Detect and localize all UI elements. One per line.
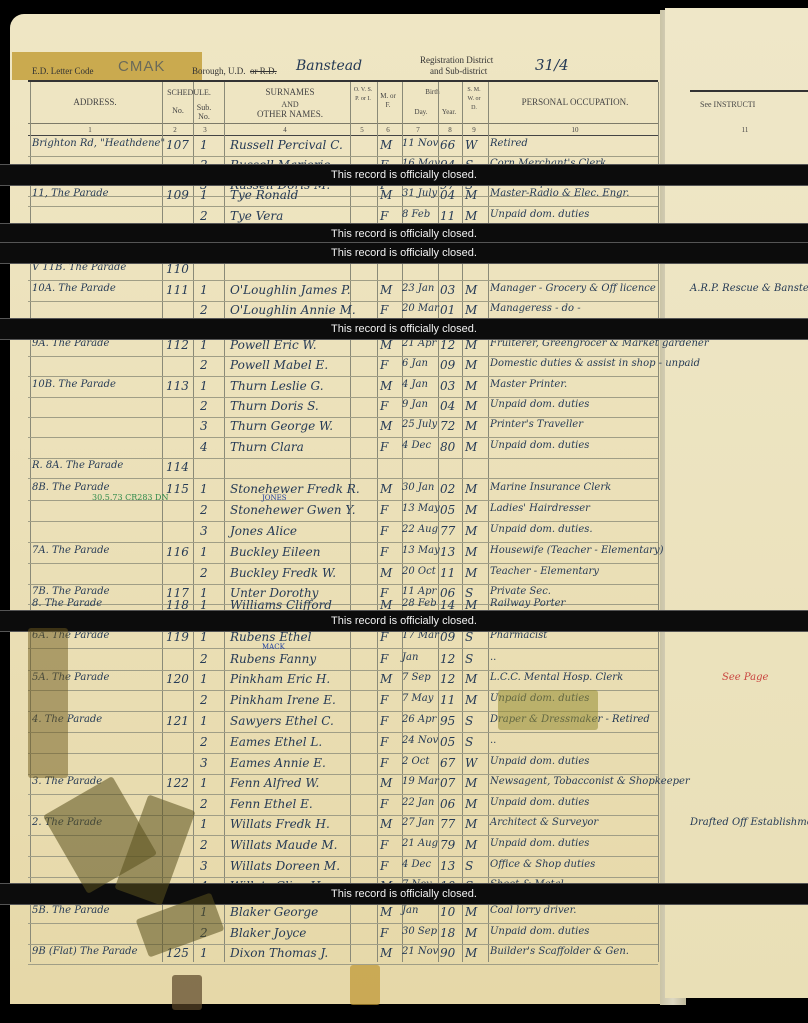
birth-day: 28 Feb: [402, 598, 437, 609]
occupation-cell: Private Sec.: [490, 586, 551, 597]
occupation-cell: Ladies' Hairdresser: [490, 503, 590, 514]
occupation-cell: Unpaid dom. duties: [490, 209, 589, 220]
birth-day: 21 Nov: [402, 946, 438, 957]
birth-day: Jan: [402, 652, 418, 663]
column-number: 5: [354, 126, 370, 135]
birth-year: 03: [440, 283, 455, 297]
birth-year: 77: [440, 524, 455, 538]
borough-value: Banstead: [296, 58, 362, 74]
name-cell: Thurn George W.: [230, 419, 333, 433]
sub-no: 1: [200, 338, 208, 352]
sex-cell: F: [380, 756, 388, 770]
column-divider: [350, 82, 351, 962]
address-cell: 8. The Parade: [32, 598, 102, 609]
birth-day: 30 Jan: [402, 482, 434, 493]
address-cell: Brighton Rd, "Heathdene": [32, 138, 165, 149]
col-surnames-3: OTHER NAMES.: [225, 110, 355, 119]
sub-no: 2: [200, 399, 208, 413]
name-cell: Rubens Ethel: [230, 630, 312, 644]
tape-stain: [350, 965, 380, 1005]
birth-day: 24 Nov: [402, 735, 438, 746]
marital-status: M: [465, 303, 477, 317]
occupation-cell: Unpaid dom. duties: [490, 440, 589, 451]
birth-day: 9 Jan: [402, 399, 428, 410]
marital-status: M: [465, 358, 477, 372]
sub-no: 3: [200, 859, 208, 873]
column-number: 3: [197, 126, 213, 135]
row-rule: [28, 648, 658, 649]
birth-year: 13: [440, 859, 455, 873]
closed-record-banner: This record is officially closed.: [0, 164, 808, 186]
row-rule: [28, 280, 658, 281]
column-number: 1: [82, 126, 98, 135]
birth-day: 21 Aug: [402, 838, 438, 849]
marital-status: M: [465, 209, 477, 223]
birth-year: 04: [440, 399, 455, 413]
sex-cell: F: [380, 926, 388, 940]
marital-status: M: [465, 399, 477, 413]
sex-cell: F: [380, 652, 388, 666]
sub-no: 1: [200, 672, 208, 686]
column-number: 8: [442, 126, 458, 135]
row-rule: [28, 417, 658, 418]
birth-day: 20 Oct: [402, 566, 436, 577]
column-number: 2: [167, 126, 183, 135]
marital-status: S: [465, 630, 473, 644]
birth-year: 79: [440, 838, 455, 852]
birth-year: 02: [440, 482, 455, 496]
occupation-cell: Newsagent, Tobacconist & Shopkeeper: [490, 776, 690, 787]
col-instructions: See INSTRUCTI: [700, 100, 808, 109]
marital-status: M: [465, 440, 477, 454]
occupation-cell: Unpaid dom. duties: [490, 756, 589, 767]
name-cell: Thurn Clara: [230, 440, 304, 454]
address-cell: 7A. The Parade: [32, 545, 109, 556]
address-cell: 8B. The Parade: [32, 482, 110, 493]
marital-status: M: [465, 946, 477, 960]
birth-day: 31 July: [402, 188, 437, 199]
birth-day: 6 Jan: [402, 358, 428, 369]
birth-year: 03: [440, 379, 455, 393]
schedule-no: 110: [166, 262, 189, 276]
sex-cell: F: [380, 797, 388, 811]
name-cell: Thurn Leslie G.: [230, 379, 324, 393]
row-rule: [28, 521, 658, 522]
birth-day: 22 Aug: [402, 524, 438, 535]
sex-cell: F: [380, 714, 388, 728]
occupation-cell: Unpaid dom. duties: [490, 926, 589, 937]
marital-status: M: [465, 379, 477, 393]
column-divider: [438, 82, 439, 962]
sex-cell: M: [380, 482, 392, 496]
sub-no: 1: [200, 482, 208, 496]
row-rule: [28, 397, 658, 398]
sex-cell: M: [380, 379, 392, 393]
address-cell: 9B (Flat) The Parade: [32, 946, 138, 957]
sex-cell: M: [380, 138, 392, 152]
birth-day: 26 Apr: [402, 714, 436, 725]
name-cell: Stonehewer Fredk R.: [230, 482, 360, 496]
sub-no: 1: [200, 188, 208, 202]
schedule-no: 119: [166, 630, 189, 644]
birth-day: 25 July: [402, 419, 437, 430]
occupation-cell: Office & Shop duties: [490, 859, 595, 870]
sex-cell: F: [380, 838, 388, 852]
occupation-cell: Railway Porter: [490, 598, 565, 609]
sub-no: 4: [200, 440, 208, 454]
birth-year: 04: [440, 188, 455, 202]
name-cell: Willats Fredk H.: [230, 817, 330, 831]
column-divider: [193, 82, 194, 962]
address-cell: 11, The Parade: [32, 188, 109, 199]
occupation-cell: L.C.C. Mental Hosp. Clerk: [490, 672, 623, 683]
name-cell: Buckley Fredk W.: [230, 566, 336, 580]
closed-record-banner: This record is officially closed.: [0, 318, 808, 340]
marital-status: M: [465, 926, 477, 940]
schedule-no: 111: [166, 283, 189, 297]
col-no: No.: [163, 106, 193, 115]
marital-status: M: [465, 672, 477, 686]
correction-note: MACK: [262, 643, 285, 651]
address-cell: 7B. The Parade: [32, 586, 110, 597]
borough-label: Borough, U.D.: [192, 66, 246, 76]
schedule-no: 116: [166, 545, 189, 559]
birth-year: 09: [440, 358, 455, 372]
birth-year: 95: [440, 714, 455, 728]
birth-year: 12: [440, 672, 455, 686]
marital-status: M: [465, 838, 477, 852]
sub-no: 3: [200, 419, 208, 433]
schedule-no: 115: [166, 482, 189, 496]
marital-status: M: [465, 283, 477, 297]
birth-year: 09: [440, 630, 455, 644]
address-cell: 10B. The Parade: [32, 379, 116, 390]
sex-cell: F: [380, 693, 388, 707]
birth-year: 72: [440, 419, 455, 433]
sex-cell: M: [380, 672, 392, 686]
remark-cell: Drafted Off Establishment: [690, 817, 808, 828]
row-rule: [28, 670, 658, 671]
birth-year: 12: [440, 652, 455, 666]
marital-status: M: [465, 482, 477, 496]
name-cell: Fenn Ethel E.: [230, 797, 313, 811]
col-ovspl: O. V. S. P. or I.: [352, 86, 374, 104]
column-divider: [462, 82, 463, 962]
column-number: 10: [567, 126, 583, 135]
birth-day: 13 May: [402, 503, 440, 514]
row-rule: [28, 356, 658, 357]
schedule-no: 107: [166, 138, 189, 152]
row-rule: [28, 753, 658, 754]
sex-cell: F: [380, 735, 388, 749]
col-smwd: S. M. W. or D.: [464, 86, 484, 113]
sex-cell: M: [380, 338, 392, 352]
birth-day: 11 Nov: [402, 138, 438, 149]
sex-cell: M: [380, 566, 392, 580]
sub-no: 2: [200, 838, 208, 852]
occupation-cell: Unpaid dom. duties: [490, 399, 589, 410]
name-cell: Blaker Joyce: [230, 926, 306, 940]
birth-day: 4 Dec: [402, 859, 431, 870]
name-cell: Powell Eric W.: [230, 338, 317, 352]
birth-year: 67: [440, 756, 455, 770]
occupation-cell: Coal lorry driver.: [490, 905, 576, 916]
address-cell: R. 8A. The Parade: [32, 460, 123, 471]
marital-status: W: [465, 756, 477, 770]
marital-status: M: [465, 545, 477, 559]
col-sub-no: Sub. No.: [194, 103, 214, 121]
birth-day: 22 Jan: [402, 797, 434, 808]
birth-day: 13 May: [402, 545, 440, 556]
occupation-cell: Unpaid dom. duties.: [490, 524, 593, 535]
birth-year: 05: [440, 735, 455, 749]
occupation-cell: Architect & Surveyor: [490, 817, 598, 828]
address-cell: 10A. The Parade: [32, 283, 116, 294]
row-rule: [28, 774, 658, 775]
occupation-cell: Unpaid dom. duties: [490, 797, 589, 808]
schedule-no: 113: [166, 379, 189, 393]
occupation-cell: Retired: [490, 138, 528, 149]
sex-cell: F: [380, 358, 388, 372]
col-occupation: PERSONAL OCCUPATION.: [495, 98, 655, 107]
sub-no: 2: [200, 209, 208, 223]
row-rule: [28, 944, 658, 945]
archive-annotation: 30.5.73 CR283 DN: [92, 493, 168, 502]
birth-day: 2 Oct: [402, 756, 429, 767]
column-number: 6: [380, 126, 396, 135]
header-bottom-rule: [28, 123, 658, 124]
reg-district-label-2: and Sub-district: [430, 66, 487, 76]
sex-cell: M: [380, 188, 392, 202]
row-rule: [28, 542, 658, 543]
birth-year: 18: [440, 926, 455, 940]
sex-cell: F: [380, 440, 388, 454]
column-divider: [658, 82, 659, 962]
marital-status: M: [465, 188, 477, 202]
row-rule: [28, 923, 658, 924]
name-cell: Jones Alice: [230, 524, 297, 538]
numbers-rule: [28, 135, 658, 136]
col-sex: M. or F.: [378, 92, 398, 110]
row-rule: [28, 458, 658, 459]
row-rule: [28, 478, 658, 479]
schedule-no: 109: [166, 188, 189, 202]
birth-day: 30 Sep: [402, 926, 437, 937]
sex-cell: M: [380, 283, 392, 297]
sex-cell: M: [380, 776, 392, 790]
row-rule: [28, 156, 658, 157]
marital-status: S: [465, 735, 473, 749]
birth-year: 10: [440, 905, 455, 919]
birth-year: 13: [440, 545, 455, 559]
col-surnames-2: AND: [225, 100, 355, 109]
occupation-cell: Master-Radio & Elec. Engr.: [490, 188, 629, 199]
marital-status: S: [465, 859, 473, 873]
sub-no: 2: [200, 358, 208, 372]
schedule-no: 114: [166, 460, 189, 474]
row-rule: [28, 732, 658, 733]
name-cell: Tye Ronald: [230, 188, 298, 202]
marital-status: M: [465, 566, 477, 580]
birth-day: 23 Jan: [402, 283, 434, 294]
sex-cell: F: [380, 524, 388, 538]
facing-page: [665, 8, 808, 998]
birth-year: 07: [440, 776, 455, 790]
sex-cell: M: [380, 905, 392, 919]
sub-no: 1: [200, 946, 208, 960]
address-cell: 5B. The Parade: [32, 905, 110, 916]
ed-letter-code: CMAK: [118, 58, 165, 75]
sex-cell: F: [380, 399, 388, 413]
sub-no: 1: [200, 630, 208, 644]
birth-year: 11: [440, 693, 455, 707]
birth-year: 05: [440, 503, 455, 517]
row-rule: [28, 376, 658, 377]
birth-day: 4 Jan: [402, 379, 428, 390]
name-cell: Blaker George: [230, 905, 318, 919]
reg-district-value: 31/4: [535, 56, 569, 74]
closed-record-banner: This record is officially closed.: [0, 610, 808, 632]
column-number: 9: [466, 126, 482, 135]
marital-status: M: [465, 776, 477, 790]
schedule-no: 120: [166, 672, 189, 686]
name-cell: O'Loughlin James P.: [230, 283, 351, 297]
col-year: Year.: [438, 108, 460, 117]
col-day: Day.: [405, 108, 437, 117]
ed-letter-code-label: E.D. Letter Code: [32, 66, 93, 76]
occupation-cell: Master Printer.: [490, 379, 567, 390]
sub-no: 1: [200, 817, 208, 831]
birth-day: 8 Feb: [402, 209, 430, 220]
name-cell: Thurn Doris S.: [230, 399, 319, 413]
sub-no: 3: [200, 524, 208, 538]
sub-no: 2: [200, 566, 208, 580]
tape-stain: [498, 690, 598, 730]
occupation-cell: Manageress - do -: [490, 303, 581, 314]
marital-status: M: [465, 524, 477, 538]
occupation-cell: Domestic duties & assist in shop - unpai…: [490, 358, 700, 369]
occupation-cell: Builder's Scaffolder & Gen.: [490, 946, 629, 957]
closed-record-banner: This record is officially closed.: [0, 242, 808, 264]
schedule-no: 112: [166, 338, 189, 352]
birth-year: 12: [440, 338, 455, 352]
sub-no: 2: [200, 735, 208, 749]
name-cell: Rubens Fanny: [230, 652, 316, 666]
name-cell: Eames Ethel L.: [230, 735, 322, 749]
marital-status: W: [465, 138, 477, 152]
row-rule: [28, 301, 658, 302]
col-surnames-1: SURNAMES: [225, 88, 355, 97]
sub-no: 1: [200, 138, 208, 152]
sex-cell: M: [380, 817, 392, 831]
header-rule-right: [690, 90, 808, 92]
name-cell: Powell Mabel E.: [230, 358, 328, 372]
name-cell: Pinkham Eric H.: [230, 672, 330, 686]
sub-no: 2: [200, 303, 208, 317]
sub-no: 1: [200, 714, 208, 728]
sex-cell: F: [380, 503, 388, 517]
row-rule: [28, 563, 658, 564]
birth-year: 66: [440, 138, 455, 152]
birth-day: Jan: [402, 905, 418, 916]
marital-status: M: [465, 338, 477, 352]
sub-no: 3: [200, 756, 208, 770]
sex-cell: M: [380, 419, 392, 433]
sub-no: 1: [200, 545, 208, 559]
occupation-cell: ..: [490, 735, 496, 746]
birth-year: 80: [440, 440, 455, 454]
sex-cell: M: [380, 946, 392, 960]
borough-struck: or R.D.: [250, 66, 277, 76]
header-rule: [28, 80, 658, 82]
marital-status: S: [465, 714, 473, 728]
birth-day: 11 Apr: [402, 586, 436, 597]
column-number: 4: [277, 126, 293, 135]
row-rule: [28, 206, 658, 207]
row-rule: [28, 437, 658, 438]
col-address: ADDRESS.: [45, 98, 145, 107]
sex-cell: F: [380, 303, 388, 317]
sex-cell: F: [380, 209, 388, 223]
birth-day: 20 Mar: [402, 303, 439, 314]
name-cell: Dixon Thomas J.: [230, 946, 328, 960]
sub-no: 2: [200, 652, 208, 666]
schedule-no: 121: [166, 714, 189, 728]
correction-note: JONES: [262, 494, 287, 502]
name-cell: O'Loughlin Annie M.: [230, 303, 356, 317]
marital-status: M: [465, 419, 477, 433]
marital-status: M: [465, 797, 477, 811]
col-birth: Birth: [405, 88, 460, 97]
occupation-cell: ..: [490, 652, 496, 663]
occupation-cell: Printer's Traveller: [490, 419, 583, 430]
marital-status: M: [465, 503, 477, 517]
occupation-cell: Manager - Grocery & Off licence: [490, 283, 656, 294]
column-divider: [224, 82, 225, 962]
name-cell: Buckley Eileen: [230, 545, 320, 559]
column-divider: [377, 82, 378, 962]
birth-day: 19 Mar: [402, 776, 439, 787]
birth-year: 11: [440, 566, 455, 580]
sub-no: 2: [200, 797, 208, 811]
occupation-cell: Marine Insurance Clerk: [490, 482, 611, 493]
name-cell: Fenn Alfred W.: [230, 776, 319, 790]
sub-no: 1: [200, 379, 208, 393]
name-cell: Russell Percival C.: [230, 138, 343, 152]
occupation-cell: Teacher - Elementary: [490, 566, 599, 577]
name-cell: Eames Annie E.: [230, 756, 326, 770]
marital-status: M: [465, 905, 477, 919]
name-cell: Sawyers Ethel C.: [230, 714, 334, 728]
row-rule: [28, 584, 658, 585]
sub-no: 2: [200, 693, 208, 707]
tape-stain: [28, 628, 68, 778]
marital-status: M: [465, 817, 477, 831]
marital-status: M: [465, 693, 477, 707]
tape-stain: [172, 975, 202, 1010]
birth-year: 90: [440, 946, 455, 960]
birth-day: 7 May: [402, 693, 433, 704]
sex-cell: F: [380, 545, 388, 559]
name-cell: Pinkham Irene E.: [230, 693, 336, 707]
col-schedule: SCHEDULE.: [163, 88, 215, 97]
sex-cell: F: [380, 859, 388, 873]
column-divider: [488, 82, 489, 962]
birth-day: 7 Sep: [402, 672, 431, 683]
reg-district-label-1: Registration District: [420, 55, 493, 65]
marital-status: S: [465, 652, 473, 666]
sex-cell: F: [380, 630, 388, 644]
